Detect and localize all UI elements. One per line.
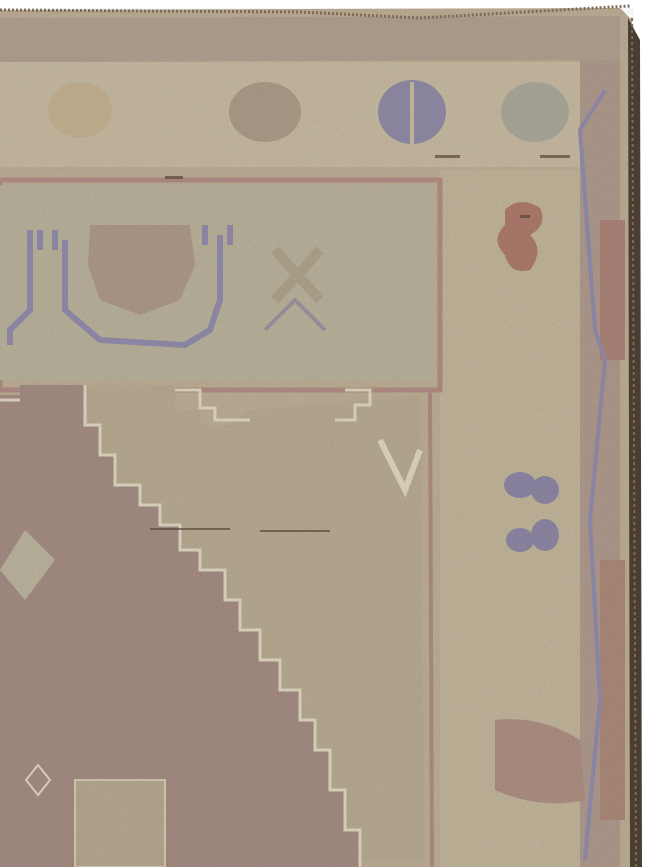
rug-illustration	[0, 0, 650, 867]
lower-panel	[75, 780, 165, 867]
rug-photo	[0, 0, 650, 867]
outer-border-top	[0, 16, 620, 62]
